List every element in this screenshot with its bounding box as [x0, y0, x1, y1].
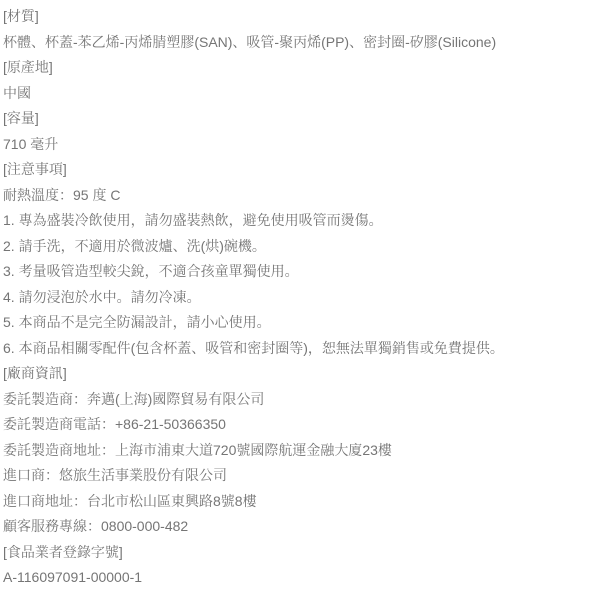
notice-item-1: 1. 專為盛裝冷飲使用，請勿盛裝熱飲，避免使用吸管而燙傷。	[3, 208, 590, 234]
customer-service-line-text: 顧客服務專線：0800-000-482	[3, 514, 590, 540]
capacity-text: 710 毫升	[3, 132, 590, 158]
product-description: [材質] 杯體、杯蓋-苯乙烯-丙烯腈塑膠(SAN)、吸管-聚丙烯(PP)、密封圈…	[0, 0, 600, 600]
importer-address-text: 進口商地址：台北市松山區東興路8號8樓	[3, 489, 590, 515]
section-header-material: [材質]	[3, 4, 590, 30]
section-header-notices: [注意事項]	[3, 157, 590, 183]
section-header-capacity: [容量]	[3, 106, 590, 132]
notice-item-6: 6. 本商品相關零配件(包含杯蓋、吸管和密封圈等)，恕無法單獨銷售或免費提供。	[3, 336, 590, 362]
section-header-origin: [原產地]	[3, 55, 590, 81]
importer-name-text: 進口商：悠旅生活事業股份有限公司	[3, 463, 590, 489]
notice-item-2: 2. 請手洗，不適用於微波爐、洗(烘)碗機。	[3, 234, 590, 260]
manufacturer-address-text: 委託製造商地址：上海市浦東大道720號國際航運金融大廈23樓	[3, 438, 590, 464]
notice-item-4: 4. 請勿浸泡於水中。請勿冷凍。	[3, 285, 590, 311]
heat-resistance-text: 耐熱溫度：95 度 C	[3, 183, 590, 209]
manufacturer-phone-text: 委託製造商電話：+86-21-50366350	[3, 412, 590, 438]
manufacturer-name-text: 委託製造商：奔邁(上海)國際貿易有限公司	[3, 387, 590, 413]
material-text: 杯體、杯蓋-苯乙烯-丙烯腈塑膠(SAN)、吸管-聚丙烯(PP)、密封圈-矽膠(S…	[3, 30, 590, 56]
notice-item-3: 3. 考量吸管造型較尖銳，不適合孩童單獨使用。	[3, 259, 590, 285]
section-header-manufacturer: [廠商資訊]	[3, 361, 590, 387]
section-header-food-registration: [食品業者登錄字號]	[3, 540, 590, 566]
food-registration-number-text: A-116097091-00000-1	[3, 565, 590, 591]
origin-text: 中國	[3, 81, 590, 107]
notice-item-5: 5. 本商品不是完全防漏設計，請小心使用。	[3, 310, 590, 336]
